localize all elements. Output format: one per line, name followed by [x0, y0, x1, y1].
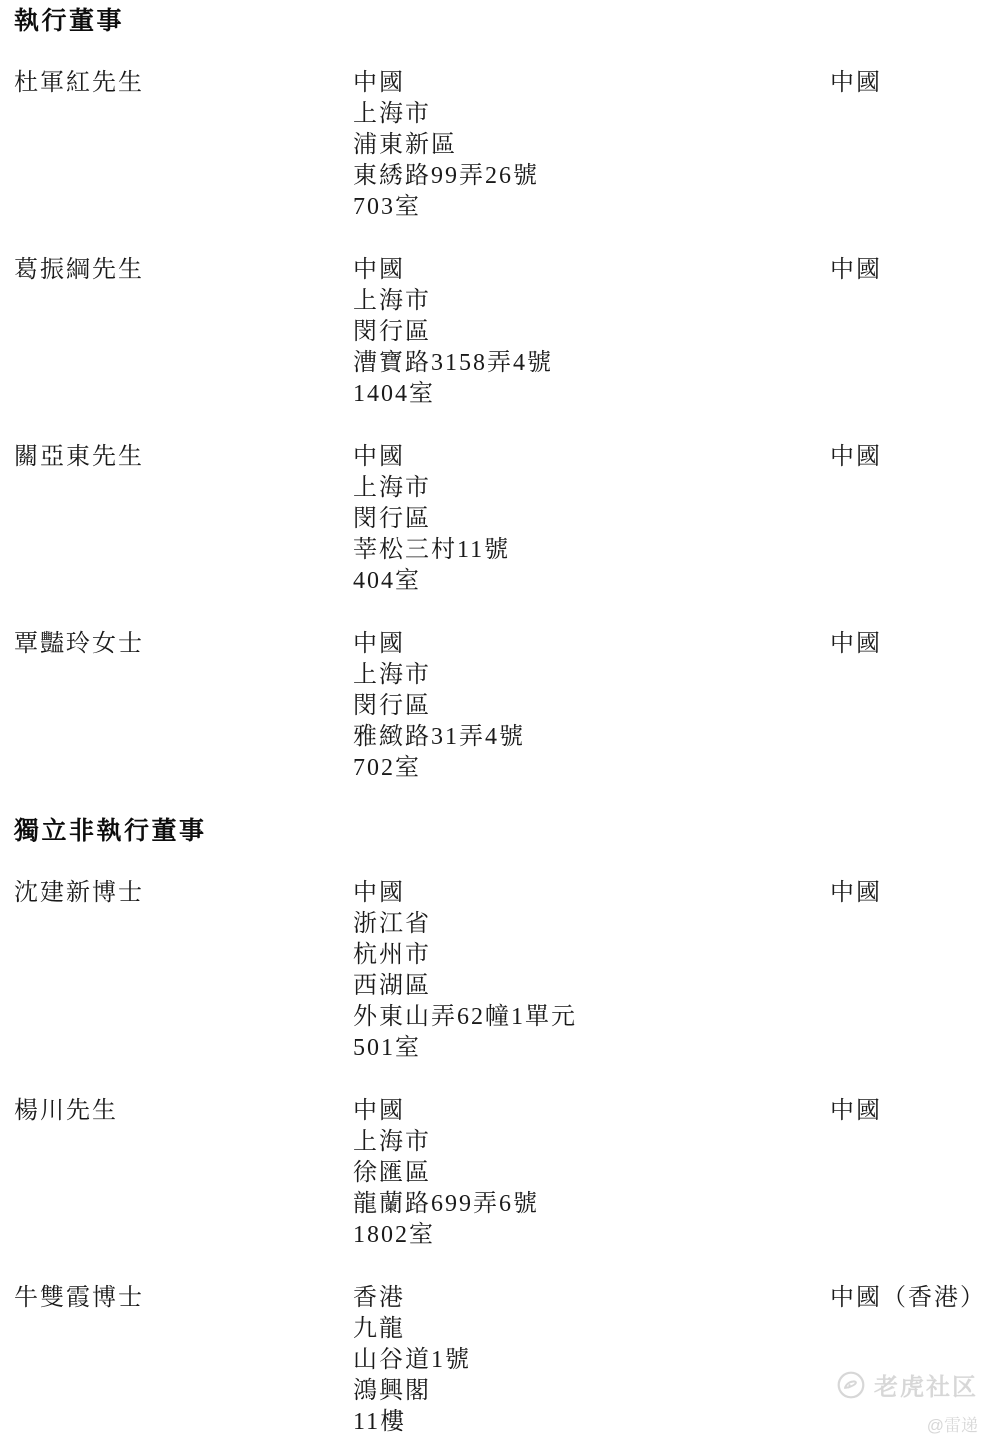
address-line: 閔行區 [353, 317, 830, 348]
watermark-brand-row: 老虎社区 [837, 1367, 978, 1402]
address-line: 香港 [353, 1283, 830, 1314]
director-row: 杜軍紅先生中國上海市浦東新區東綉路99弄26號703室中國 [14, 68, 994, 223]
director-name: 覃豔玲女士 [14, 629, 353, 660]
director-nationality: 中國 [830, 629, 994, 660]
director-address: 中國上海市閔行區雅緻路31弄4號702室 [353, 629, 830, 784]
director-row: 葛振綱先生中國上海市閔行區漕寶路3158弄4號1404室中國 [14, 255, 994, 410]
address-line: 703室 [353, 192, 830, 223]
director-address: 中國上海市徐匯區龍蘭路699弄6號1802室 [353, 1096, 830, 1251]
director-address: 中國上海市浦東新區東綉路99弄26號703室 [353, 68, 830, 223]
directors-list: 執行董事杜軍紅先生中國上海市浦東新區東綉路99弄26號703室中國葛振綱先生中國… [14, 6, 994, 1438]
address-line: 徐匯區 [353, 1158, 830, 1189]
director-name: 關亞東先生 [14, 442, 353, 473]
address-line: 上海市 [353, 660, 830, 691]
address-line: 中國 [353, 878, 830, 909]
section-heading: 執行董事 [14, 6, 994, 38]
director-row: 楊川先生中國上海市徐匯區龍蘭路699弄6號1802室中國 [14, 1096, 994, 1251]
address-line: 中國 [353, 255, 830, 286]
director-nationality: 中國 [830, 1096, 994, 1127]
address-line: 上海市 [353, 286, 830, 317]
director-row: 沈建新博士中國浙江省杭州市西湖區外東山弄62幢1單元501室中國 [14, 878, 994, 1064]
address-line: 中國 [353, 1096, 830, 1127]
watermark-handle-text: @雷递 [837, 1411, 978, 1436]
director-name: 牛雙霞博士 [14, 1283, 353, 1314]
address-line: 浦東新區 [353, 130, 830, 161]
address-line: 中國 [353, 442, 830, 473]
address-line: 雅緻路31弄4號 [353, 722, 830, 753]
address-line: 11樓 [353, 1407, 830, 1438]
address-line: 1802室 [353, 1220, 830, 1251]
address-line: 1404室 [353, 379, 830, 410]
address-line: 上海市 [353, 1127, 830, 1158]
address-line: 404室 [353, 566, 830, 597]
director-address: 香港九龍山谷道1號鴻興閣11樓 [353, 1283, 830, 1438]
address-line: 中國 [353, 629, 830, 660]
address-line: 杭州市 [353, 940, 830, 971]
watermark-brand-text: 老虎社区 [874, 1367, 978, 1402]
director-name: 杜軍紅先生 [14, 68, 353, 99]
address-line: 東綉路99弄26號 [353, 161, 830, 192]
director-row: 關亞東先生中國上海市閔行區莘松三村11號404室中國 [14, 442, 994, 597]
director-nationality: 中國 [830, 442, 994, 473]
director-address: 中國浙江省杭州市西湖區外東山弄62幢1單元501室 [353, 878, 830, 1064]
section-heading: 獨立非執行董事 [14, 816, 994, 848]
address-line: 702室 [353, 753, 830, 784]
address-line: 浙江省 [353, 909, 830, 940]
director-nationality: 中國 [830, 878, 994, 909]
director-nationality: 中國（香港） [830, 1283, 994, 1314]
address-line: 外東山弄62幢1單元 [353, 1002, 830, 1033]
director-name: 葛振綱先生 [14, 255, 353, 286]
director-row: 覃豔玲女士中國上海市閔行區雅緻路31弄4號702室中國 [14, 629, 994, 784]
director-address: 中國上海市閔行區莘松三村11號404室 [353, 442, 830, 597]
address-line: 西湖區 [353, 971, 830, 1002]
directors-information-page: 執行董事杜軍紅先生中國上海市浦東新區東綉路99弄26號703室中國葛振綱先生中國… [0, 0, 994, 1448]
address-line: 閔行區 [353, 691, 830, 722]
address-line: 閔行區 [353, 504, 830, 535]
address-line: 中國 [353, 68, 830, 99]
address-line: 山谷道1號 [353, 1345, 830, 1376]
address-line: 莘松三村11號 [353, 535, 830, 566]
address-line: 鴻興閣 [353, 1376, 830, 1407]
director-nationality: 中國 [830, 255, 994, 286]
tiger-community-icon [837, 1371, 865, 1399]
address-line: 龍蘭路699弄6號 [353, 1189, 830, 1220]
address-line: 上海市 [353, 99, 830, 130]
address-line: 九龍 [353, 1314, 830, 1345]
director-nationality: 中國 [830, 68, 994, 99]
director-name: 楊川先生 [14, 1096, 353, 1127]
director-name: 沈建新博士 [14, 878, 353, 909]
address-line: 漕寶路3158弄4號 [353, 348, 830, 379]
director-address: 中國上海市閔行區漕寶路3158弄4號1404室 [353, 255, 830, 410]
address-line: 上海市 [353, 473, 830, 504]
watermark: 老虎社区 @雷递 [837, 1367, 978, 1436]
address-line: 501室 [353, 1033, 830, 1064]
